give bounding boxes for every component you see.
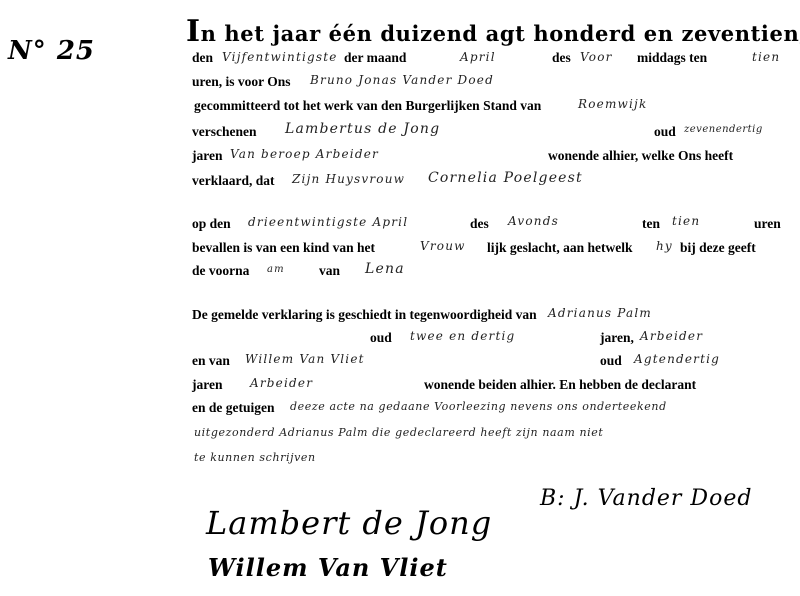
printed-text: verschenen [192, 124, 257, 140]
printed-text: en de getuigen [192, 400, 275, 416]
printed-text: wonende beiden alhier. En hebben de decl… [424, 377, 696, 393]
handwritten-mother-name: Cornelia Poelgeest [428, 170, 583, 186]
handwritten-gender: Vrouw [420, 239, 466, 253]
signature-official: B: J. Vander Doed [540, 486, 752, 511]
printed-text: en van [192, 353, 230, 369]
title-text: n het jaar één duizend agt honderd en ze… [201, 21, 800, 46]
printed-text: oud [600, 353, 622, 369]
printed-text: de voorna [192, 263, 249, 279]
printed-text: jaren [192, 377, 223, 393]
handwritten-closing-text: uitgezonderd Adrianus Palm die gedeclare… [194, 426, 603, 439]
printed-text: wonende alhier, welke Ons heeft [548, 148, 733, 164]
register-number: N° 25 [8, 36, 95, 66]
handwritten-closing-text: te kunnen schrijven [194, 451, 316, 464]
printed-text: bevallen is van een kind van het [192, 240, 375, 256]
signature-witness: Willem Van Vliet [208, 553, 448, 582]
printed-text: lijk geslacht, aan hetwelk [487, 240, 633, 256]
birth-certificate-document: N° 25 In het jaar één duizend agt honder… [0, 0, 800, 596]
signature-declarant: Lambert de Jong [206, 504, 492, 542]
printed-text: oud [654, 124, 676, 140]
handwritten-day: Vijfentwintigste [222, 50, 338, 64]
printed-text: van [319, 263, 340, 279]
printed-text: ten [642, 216, 660, 232]
printed-text: oud [370, 330, 392, 346]
handwritten-age: zevenendertig [684, 124, 763, 135]
printed-text: op den [192, 216, 231, 232]
printed-text: jaren [192, 148, 223, 164]
printed-text: bij deze geeft [680, 240, 756, 256]
handwritten-time-of-day: Voor [580, 50, 613, 64]
handwritten-official-name: Bruno Jonas Vander Doed [310, 73, 494, 87]
printed-text: verklaard, dat [192, 173, 275, 189]
handwritten-month: April [460, 50, 496, 64]
handwritten-hour: tien [672, 214, 700, 228]
handwritten-witness1-name: Adrianus Palm [548, 306, 652, 320]
handwritten-text: am [267, 264, 285, 275]
handwritten-occupation: Van beroep Arbeider [230, 147, 379, 161]
printed-text: De gemelde verklaring is geschiedt in te… [192, 307, 537, 323]
printed-text: des [470, 216, 489, 232]
printed-text: den [192, 50, 213, 66]
printed-text: jaren, [600, 330, 634, 346]
handwritten-witness1-age: twee en dertig [410, 329, 515, 343]
handwritten-child-name: Lena [365, 261, 405, 277]
handwritten-declarant-name: Lambertus de Jong [285, 121, 440, 137]
handwritten-time-of-day: Avonds [508, 214, 559, 228]
handwritten-birth-date: drieentwintigste April [248, 215, 408, 229]
printed-text: middags ten [637, 50, 707, 66]
handwritten-hour: tien [752, 50, 780, 64]
printed-text: der maand [344, 50, 406, 66]
printed-text: gecommitteerd tot het werk van den Burge… [194, 98, 541, 114]
title-initial: I [186, 14, 201, 49]
handwritten-witness1-occupation: Arbeider [640, 329, 703, 343]
printed-text: des [552, 50, 571, 66]
handwritten-relation: Zijn Huysvrouw [292, 172, 405, 186]
handwritten-witness2-occupation: Arbeider [250, 376, 313, 390]
printed-text: uren [754, 216, 781, 232]
document-title: In het jaar één duizend agt honderd en z… [186, 14, 800, 49]
handwritten-witness2-name: Willem Van Vliet [245, 352, 365, 366]
handwritten-municipality: Roemwijk [578, 97, 647, 111]
printed-text: uren, is voor Ons [192, 74, 291, 90]
handwritten-pronoun: hy [656, 239, 673, 253]
handwritten-closing-text: deeze acte na gedaane Voorleezing nevens… [290, 400, 667, 413]
handwritten-witness2-age: Agtendertig [634, 352, 720, 366]
